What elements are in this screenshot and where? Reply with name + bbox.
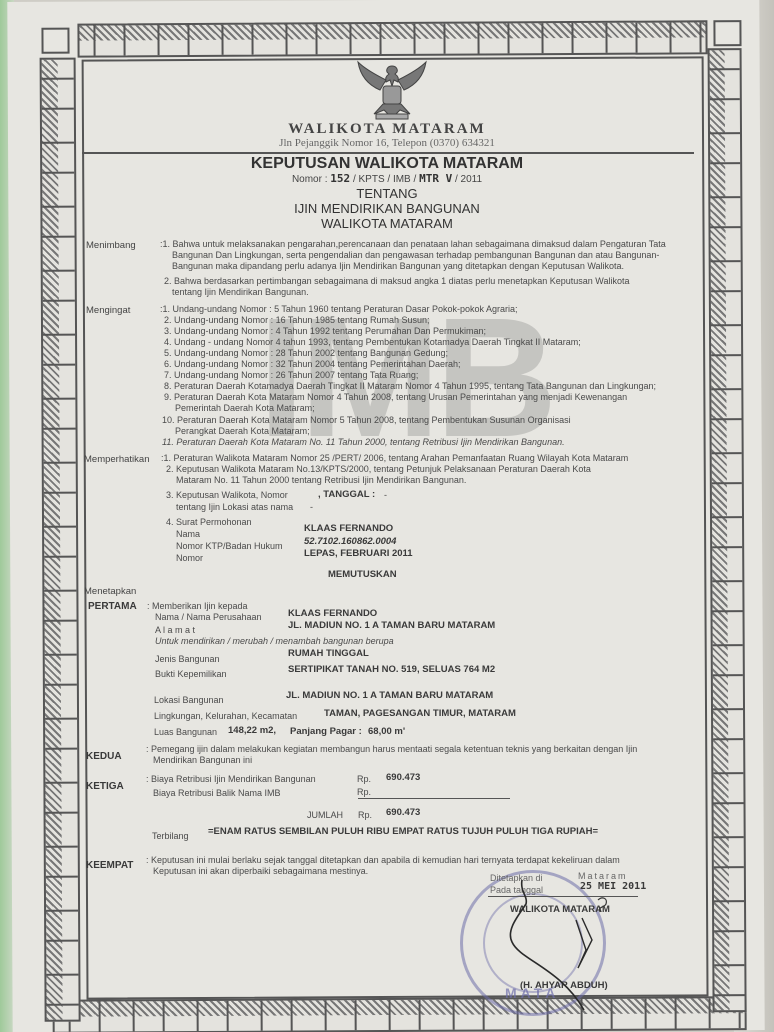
pada-tanggal-label: Pada tanggal xyxy=(490,885,543,896)
nomor-number: 152 xyxy=(330,172,350,185)
subject-heading: IJIN MENDIRIKAN BANGUNAN xyxy=(0,201,774,216)
keempat-label: KEEMPAT xyxy=(86,860,133,871)
jumlah-currency: Rp. xyxy=(358,810,372,821)
biaya-imb-value: 690.473 xyxy=(386,772,420,783)
tentang-heading: TENTANG xyxy=(0,186,774,201)
nama-value: KLAAS FERNANDO xyxy=(304,523,393,534)
luas-value: 148,22 m2, xyxy=(228,725,276,736)
pagar-label: Panjang Pagar : xyxy=(290,726,362,737)
memutuskan-heading: MEMUTUSKAN xyxy=(328,569,397,580)
ktp-label: Nomor KTP/Badan Hukum xyxy=(176,541,283,552)
memperhatikan-line: Mataram No. 11 Tahun 2000 tentang Retrib… xyxy=(176,475,466,486)
mengingat-line: 5. Undang-undang Nomor : 28 Tahun 2002 t… xyxy=(164,348,448,359)
menimbang-line: :1. Bahwa untuk melaksanakan pengarahan,… xyxy=(160,239,666,250)
bukti-label: Bukti Kepemilikan xyxy=(155,669,227,680)
pertama-intro: : Memberikan Ijin kepada xyxy=(147,601,248,612)
mengingat-line: 4. Undang - undang Nomor 4 tahun 1993, t… xyxy=(164,337,581,348)
mengingat-line: Perangkat Daerah Kota Mataram; xyxy=(175,426,310,437)
ketiga-label: KETIGA xyxy=(86,781,124,792)
pagar-value: 68,00 m' xyxy=(368,726,405,737)
mengingat-line: 6. Undang-undang Nomor : 32 Tahun 2004 t… xyxy=(164,359,461,370)
menetapkan-label: Menetapkan xyxy=(84,586,136,597)
nama-perusahaan-value: KLAAS FERNANDO xyxy=(288,608,377,619)
nomor-label: Nomor : xyxy=(292,174,328,185)
terbilang-label: Terbilang xyxy=(152,831,189,842)
biaya-imb-currency: Rp. xyxy=(357,774,371,785)
mengingat-line: :1. Undang-undang Nomor : 5 Tahun 1960 t… xyxy=(160,304,518,315)
biaya-balik-nama-currency: Rp. xyxy=(357,787,371,798)
office-address: Jln Pejanggik Nomor 16, Telepon (0370) 6… xyxy=(0,137,774,149)
mengingat-line: 10. Peraturan Daerah Kota Mataram Nomor … xyxy=(162,415,571,426)
bukti-value: SERTIPIKAT TANAH NO. 519, SELUAS 764 M2 xyxy=(288,664,495,675)
jenis-value: RUMAH TINGGAL xyxy=(288,648,369,659)
lokasi-bangunan-label: Lokasi Bangunan xyxy=(154,695,224,706)
kedua-line: : Pemegang ijin dalam melakukan kegiatan… xyxy=(146,744,637,755)
lokasi-bangunan-value: JL. MADIUN NO. 1 A TAMAN BARU MATARAM xyxy=(286,690,493,701)
garuda-emblem-icon xyxy=(352,60,432,122)
signature-divider xyxy=(488,896,638,897)
keempat-line: : Keputusan ini mulai berlaku sejak tang… xyxy=(146,855,620,866)
mengingat-line: 3. Undang-undang Nomor : 4 Tahun 1992 te… xyxy=(164,326,486,337)
ditetapkan-label: Ditetapkan di xyxy=(490,873,543,884)
menimbang-line: 2. Bahwa berdasarkan pertimbangan sebaga… xyxy=(164,276,629,287)
office-name: WALIKOTA MATARAM xyxy=(0,121,774,138)
lokasi-value: - xyxy=(310,502,313,513)
sum-divider xyxy=(358,798,510,799)
signatory-title: WALIKOTA MATARAM xyxy=(510,904,610,915)
alamat-value: JL. MADIUN NO. 1 A TAMAN BARU MATARAM xyxy=(288,620,495,631)
mengingat-line: 2. Undang-undang Nomor : 16 Tahun 1985 t… xyxy=(164,315,430,326)
mengingat-line: Pemerintah Daerah Kota Mataram; xyxy=(175,403,315,414)
jenis-label: Jenis Bangunan xyxy=(155,654,220,665)
tanggal-value: - xyxy=(384,490,387,501)
memperhatikan-line: :1. Peraturan Walikota Mataram Nomor 25 … xyxy=(161,453,628,464)
nomor-year: / 2011 xyxy=(455,174,482,185)
luas-label: Luas Bangunan xyxy=(154,727,217,738)
border-corner xyxy=(41,28,69,54)
document-title: KEPUTUSAN WALIKOTA MATARAM xyxy=(0,155,774,173)
keempat-line: Keputusan ini akan diperbaiki sebagaiman… xyxy=(153,866,368,877)
terbilang-value: =ENAM RATUS SEMBILAN PULUH RIBU EMPAT RA… xyxy=(208,826,598,837)
tanggal-label: , TANGGAL : xyxy=(318,489,375,500)
menimbang-line: tentang Ijin Mendirikan Bangunan. xyxy=(172,287,309,298)
nama-perusahaan-label: Nama / Nama Perusahaan xyxy=(155,612,262,623)
jumlah-value: 690.473 xyxy=(386,807,420,818)
lingkungan-value: TAMAN, PAGESANGAN TIMUR, MATARAM xyxy=(324,708,516,719)
kedua-line: Mendirikan Bangunan ini xyxy=(153,755,252,766)
untuk-text: Untuk mendirikan / merubah / menambah ba… xyxy=(155,636,394,647)
biaya-imb-label: : Biaya Retribusi Ijin Mendirikan Bangun… xyxy=(146,774,316,785)
lokasi-label: tentang Ijin Lokasi atas nama xyxy=(176,502,293,513)
ktp-value: 52.7102.160862.0004 xyxy=(304,536,396,547)
nama-label: Nama xyxy=(176,529,200,540)
menimbang-line: Bangunan Dan Lingkungan, serta pengendal… xyxy=(172,250,659,261)
jumlah-label: JUMLAH xyxy=(307,810,343,821)
mengingat-line: 9. Peraturan Daerah Kota Mataram Nomor 4… xyxy=(164,392,627,403)
pada-tanggal-value: 25 MEI 2011 xyxy=(580,881,646,892)
pertama-label: PERTAMA xyxy=(88,601,137,612)
menimbang-line: Bangunan maka dipandang perlu adanya Iji… xyxy=(172,261,624,272)
header-divider xyxy=(82,152,694,154)
kedua-label: KEDUA xyxy=(86,751,122,762)
ornamental-border-bottom xyxy=(53,996,747,1032)
nomor-mid: / KPTS / IMB / xyxy=(353,174,416,185)
signatory-name: (H. AHYAR ABDUH) xyxy=(520,980,608,991)
nomor-label: Nomor xyxy=(176,553,203,564)
nomor-handwritten: MTR V xyxy=(419,172,452,185)
memperhatikan-line: 2. Keputusan Walikota Mataram No.13/KPTS… xyxy=(166,464,591,475)
mengingat-line: 8. Peraturan Daerah Kotamadya Daerah Tin… xyxy=(164,381,656,392)
menimbang-label: Menimbang xyxy=(86,240,136,251)
memperhatikan-line: 3. Keputusan Walikota, Nomor xyxy=(166,490,288,501)
surat-label: 4. Surat Permohonan xyxy=(166,517,252,528)
alamat-label: A l a m a t xyxy=(155,625,195,636)
mengingat-line: 7. Undang-undang Nomor : 26 Tahun 2007 t… xyxy=(164,370,418,381)
ornamental-border-top xyxy=(77,20,707,57)
nomor-value: LEPAS, FEBRUARI 2011 xyxy=(304,548,413,559)
mengingat-label: Mengingat xyxy=(86,305,130,316)
issuer-heading: WALIKOTA MATARAM xyxy=(0,216,774,231)
memperhatikan-label: Memperhatikan xyxy=(84,454,149,465)
mengingat-line: 11. Peraturan Daerah Kota Mataram No. 11… xyxy=(162,437,565,448)
document-number: Nomor : 152 / KPTS / IMB / MTR V / 2011 xyxy=(0,172,774,185)
lingkungan-label: Lingkungan, Kelurahan, Kecamatan xyxy=(154,711,297,722)
biaya-balik-nama-label: Biaya Retribusi Balik Nama IMB xyxy=(153,788,281,799)
border-corner xyxy=(713,20,741,46)
